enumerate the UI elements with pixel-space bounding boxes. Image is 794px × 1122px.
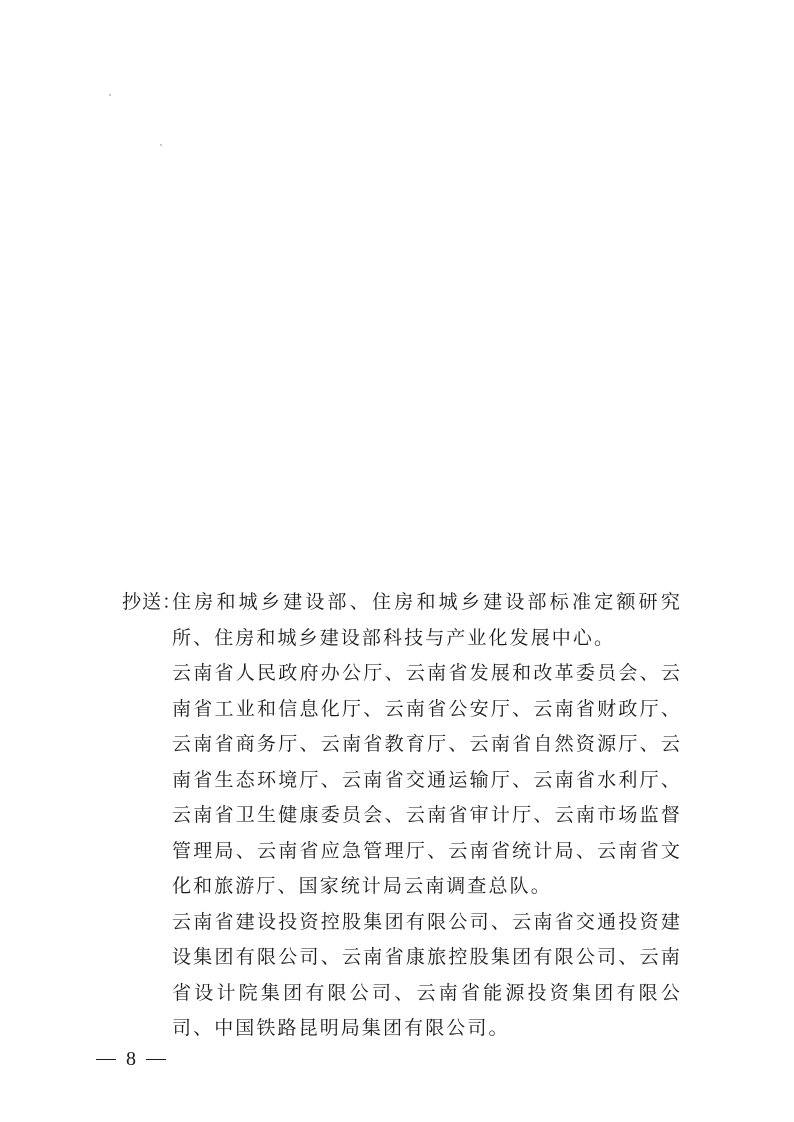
dash-left-decoration	[96, 1059, 116, 1060]
page-number-footer: 8	[96, 1048, 166, 1071]
page-number: 8	[126, 1048, 136, 1071]
cc-paragraph-ministry: 住房和城乡建设部、住房和城乡建设部标准定额研究所、住房和城乡建设部科技与产业化发…	[172, 585, 682, 656]
cc-label: 抄送：	[122, 585, 172, 621]
scan-speck	[160, 144, 162, 146]
cc-paragraph-state-enterprises: 云南省建设投资控股集团有限公司、云南省交通投资建设集团有限公司、云南省康旅控股集…	[122, 905, 682, 1047]
scan-speck	[109, 94, 111, 96]
dash-right-decoration	[146, 1059, 166, 1060]
cc-row-ministry: 抄送： 住房和城乡建设部、住房和城乡建设部标准定额研究所、住房和城乡建设部科技与…	[122, 585, 682, 656]
cc-paragraph-provincial-departments: 云南省人民政府办公厅、云南省发展和改革委员会、云南省工业和信息化厅、云南省公安厅…	[122, 656, 682, 905]
cc-distribution-list: 抄送： 住房和城乡建设部、住房和城乡建设部标准定额研究所、住房和城乡建设部科技与…	[122, 585, 682, 1047]
